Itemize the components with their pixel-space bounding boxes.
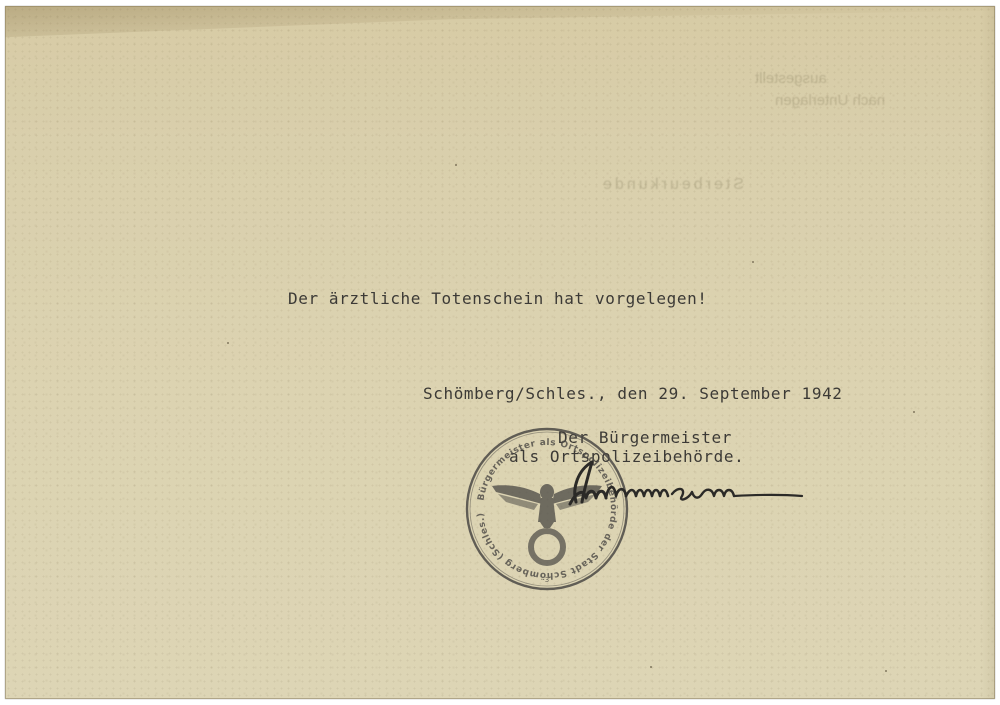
wreath-icon (531, 531, 563, 563)
paper-speck (227, 342, 229, 344)
bleed-through-text-1: ausgestellt (755, 70, 827, 87)
stamp-bottom-mark: 3 (545, 576, 549, 584)
statement-text: Der ärztliche Totenschein hat vorgelegen… (288, 291, 708, 307)
place-date-text: Schömberg/Schles., den 29. September 194… (423, 386, 843, 402)
bleed-through-heading: Sterbeurkunde (600, 176, 744, 194)
paper-speck (650, 666, 652, 668)
paper-speck (455, 164, 457, 166)
paper-speck (913, 411, 915, 413)
paper-speck (752, 261, 754, 263)
paper-edge-shading (981, 6, 995, 699)
paper-sheet: ausgestellt nach Unterlagen Sterbeurkund… (5, 6, 995, 699)
paper-speck (885, 670, 887, 672)
paper-grain-texture (5, 6, 995, 699)
bleed-through-text-2: nach Unterlagen (775, 92, 885, 109)
paper-fold-shadow (5, 6, 995, 66)
handwritten-signature (562, 458, 807, 510)
scanned-document: ausgestellt nach Unterlagen Sterbeurkund… (0, 0, 1000, 705)
